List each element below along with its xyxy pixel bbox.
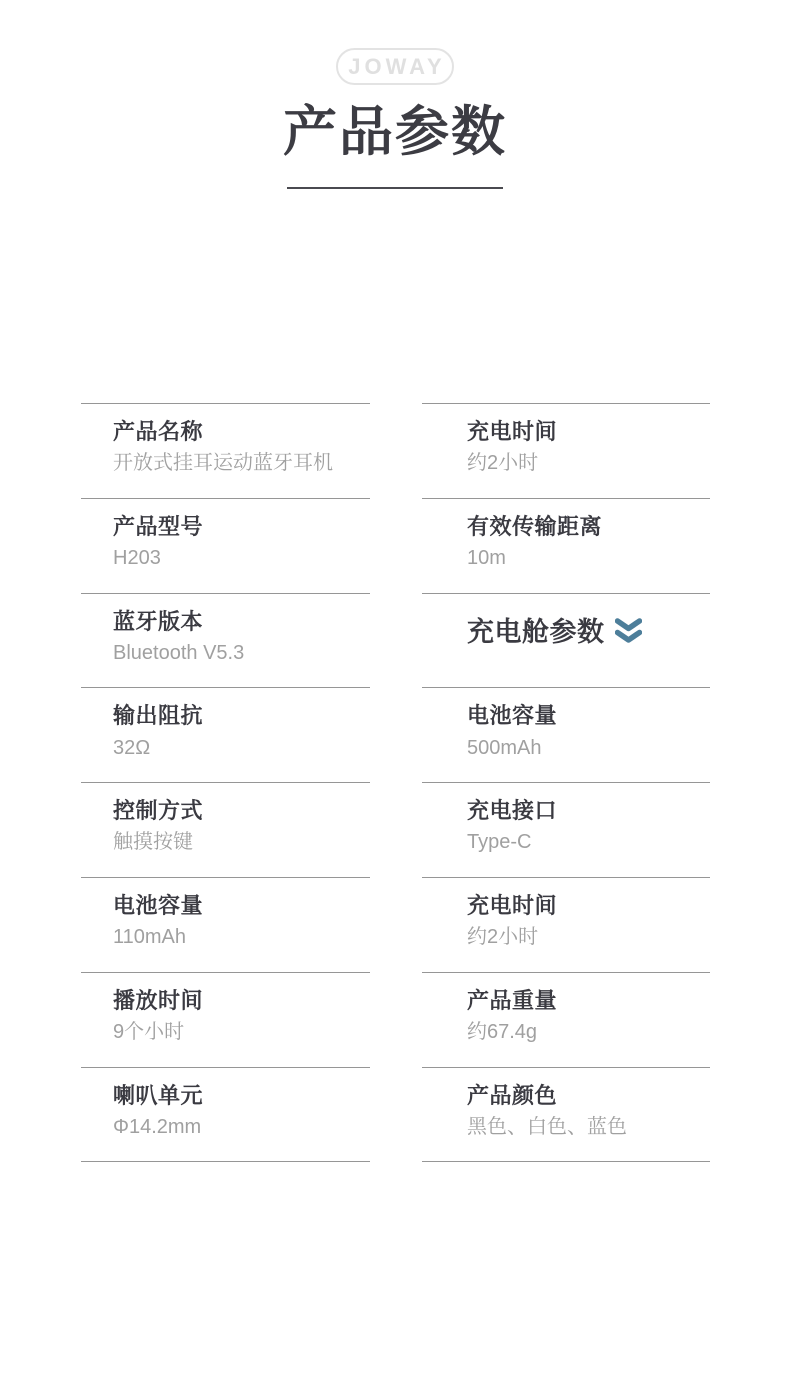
- spec-label: 播放时间: [113, 988, 370, 1013]
- spec-row-case-charge-time: 充电时间 约2小时: [422, 877, 710, 972]
- spec-label: 充电时间: [467, 419, 710, 444]
- spec-label: 产品名称: [113, 419, 370, 444]
- spec-row-battery-capacity: 电池容量 110mAh: [81, 877, 370, 972]
- spec-value: 10m: [467, 546, 710, 570]
- spec-value: 32Ω: [113, 736, 370, 760]
- spec-row-charge-time: 充电时间 约2小时: [422, 403, 710, 498]
- spec-row-charge-port: 充电接口 Type-C: [422, 782, 710, 877]
- spec-row-play-time: 播放时间 9个小时: [81, 972, 370, 1067]
- spec-value: 约67.4g: [467, 1020, 710, 1044]
- spec-row-product-name: 产品名称 开放式挂耳运动蓝牙耳机: [81, 403, 370, 498]
- spec-row-product-weight: 产品重量 约67.4g: [422, 972, 710, 1067]
- spec-row-case-battery-capacity: 电池容量 500mAh: [422, 687, 710, 782]
- page-title: 产品参数: [0, 100, 790, 165]
- section-header-row: 充电舱参数: [467, 610, 710, 649]
- spec-value: Bluetooth V5.3: [113, 641, 370, 665]
- spec-label: 电池容量: [113, 893, 370, 918]
- spec-row-model: 产品型号 H203: [81, 498, 370, 593]
- spec-label: 控制方式: [113, 798, 370, 823]
- spec-value: 触摸按键: [113, 830, 370, 854]
- spec-row-impedance: 输出阻抗 32Ω: [81, 687, 370, 782]
- spec-label: 蓝牙版本: [113, 609, 370, 634]
- spec-value: H203: [113, 546, 370, 570]
- spec-label: 充电接口: [467, 798, 710, 823]
- spec-label: 产品型号: [113, 514, 370, 539]
- spec-label: 产品重量: [467, 988, 710, 1013]
- spec-grid: 产品名称 开放式挂耳运动蓝牙耳机 产品型号 H203 蓝牙版本 Bluetoot…: [81, 403, 710, 1162]
- spec-label: 输出阻抗: [113, 703, 370, 728]
- spec-row-product-color: 产品颜色 黑色、白色、蓝色: [422, 1067, 710, 1162]
- spec-column-left: 产品名称 开放式挂耳运动蓝牙耳机 产品型号 H203 蓝牙版本 Bluetoot…: [81, 403, 370, 1162]
- spec-value: 110mAh: [113, 925, 370, 949]
- spec-value: Type-C: [467, 830, 710, 854]
- spec-label: 喇叭单元: [113, 1083, 370, 1108]
- section-header-charging-case: 充电舱参数: [422, 593, 710, 688]
- spec-row-transmission-distance: 有效传输距离 10m: [422, 498, 710, 593]
- spec-value: 9个小时: [113, 1020, 370, 1044]
- spec-value: 开放式挂耳运动蓝牙耳机: [113, 451, 370, 475]
- spec-row-speaker-unit: 喇叭单元 Φ14.2mm: [81, 1067, 370, 1162]
- spec-row-bluetooth-version: 蓝牙版本 Bluetooth V5.3: [81, 593, 370, 688]
- joway-logo: JOWAY: [336, 48, 454, 85]
- spec-label: 电池容量: [467, 703, 710, 728]
- spec-label: 有效传输距离: [467, 514, 710, 539]
- spec-value: 黑色、白色、蓝色: [467, 1115, 710, 1139]
- double-chevron-down-icon: [615, 618, 642, 644]
- spec-value: 约2小时: [467, 451, 710, 475]
- spec-value: 500mAh: [467, 736, 710, 760]
- joway-logo-text: JOWAY: [344, 54, 445, 80]
- spec-column-right: 充电时间 约2小时 有效传输距离 10m 充电舱参数 电池容量 500mAh 充…: [422, 403, 710, 1162]
- title-underline: [287, 187, 503, 189]
- spec-row-control-type: 控制方式 触摸按键: [81, 782, 370, 877]
- spec-label: 充电时间: [467, 893, 710, 918]
- spec-value: 约2小时: [467, 925, 710, 949]
- section-title: 充电舱参数: [467, 610, 605, 649]
- spec-label: 产品颜色: [467, 1083, 710, 1108]
- spec-value: Φ14.2mm: [113, 1115, 370, 1139]
